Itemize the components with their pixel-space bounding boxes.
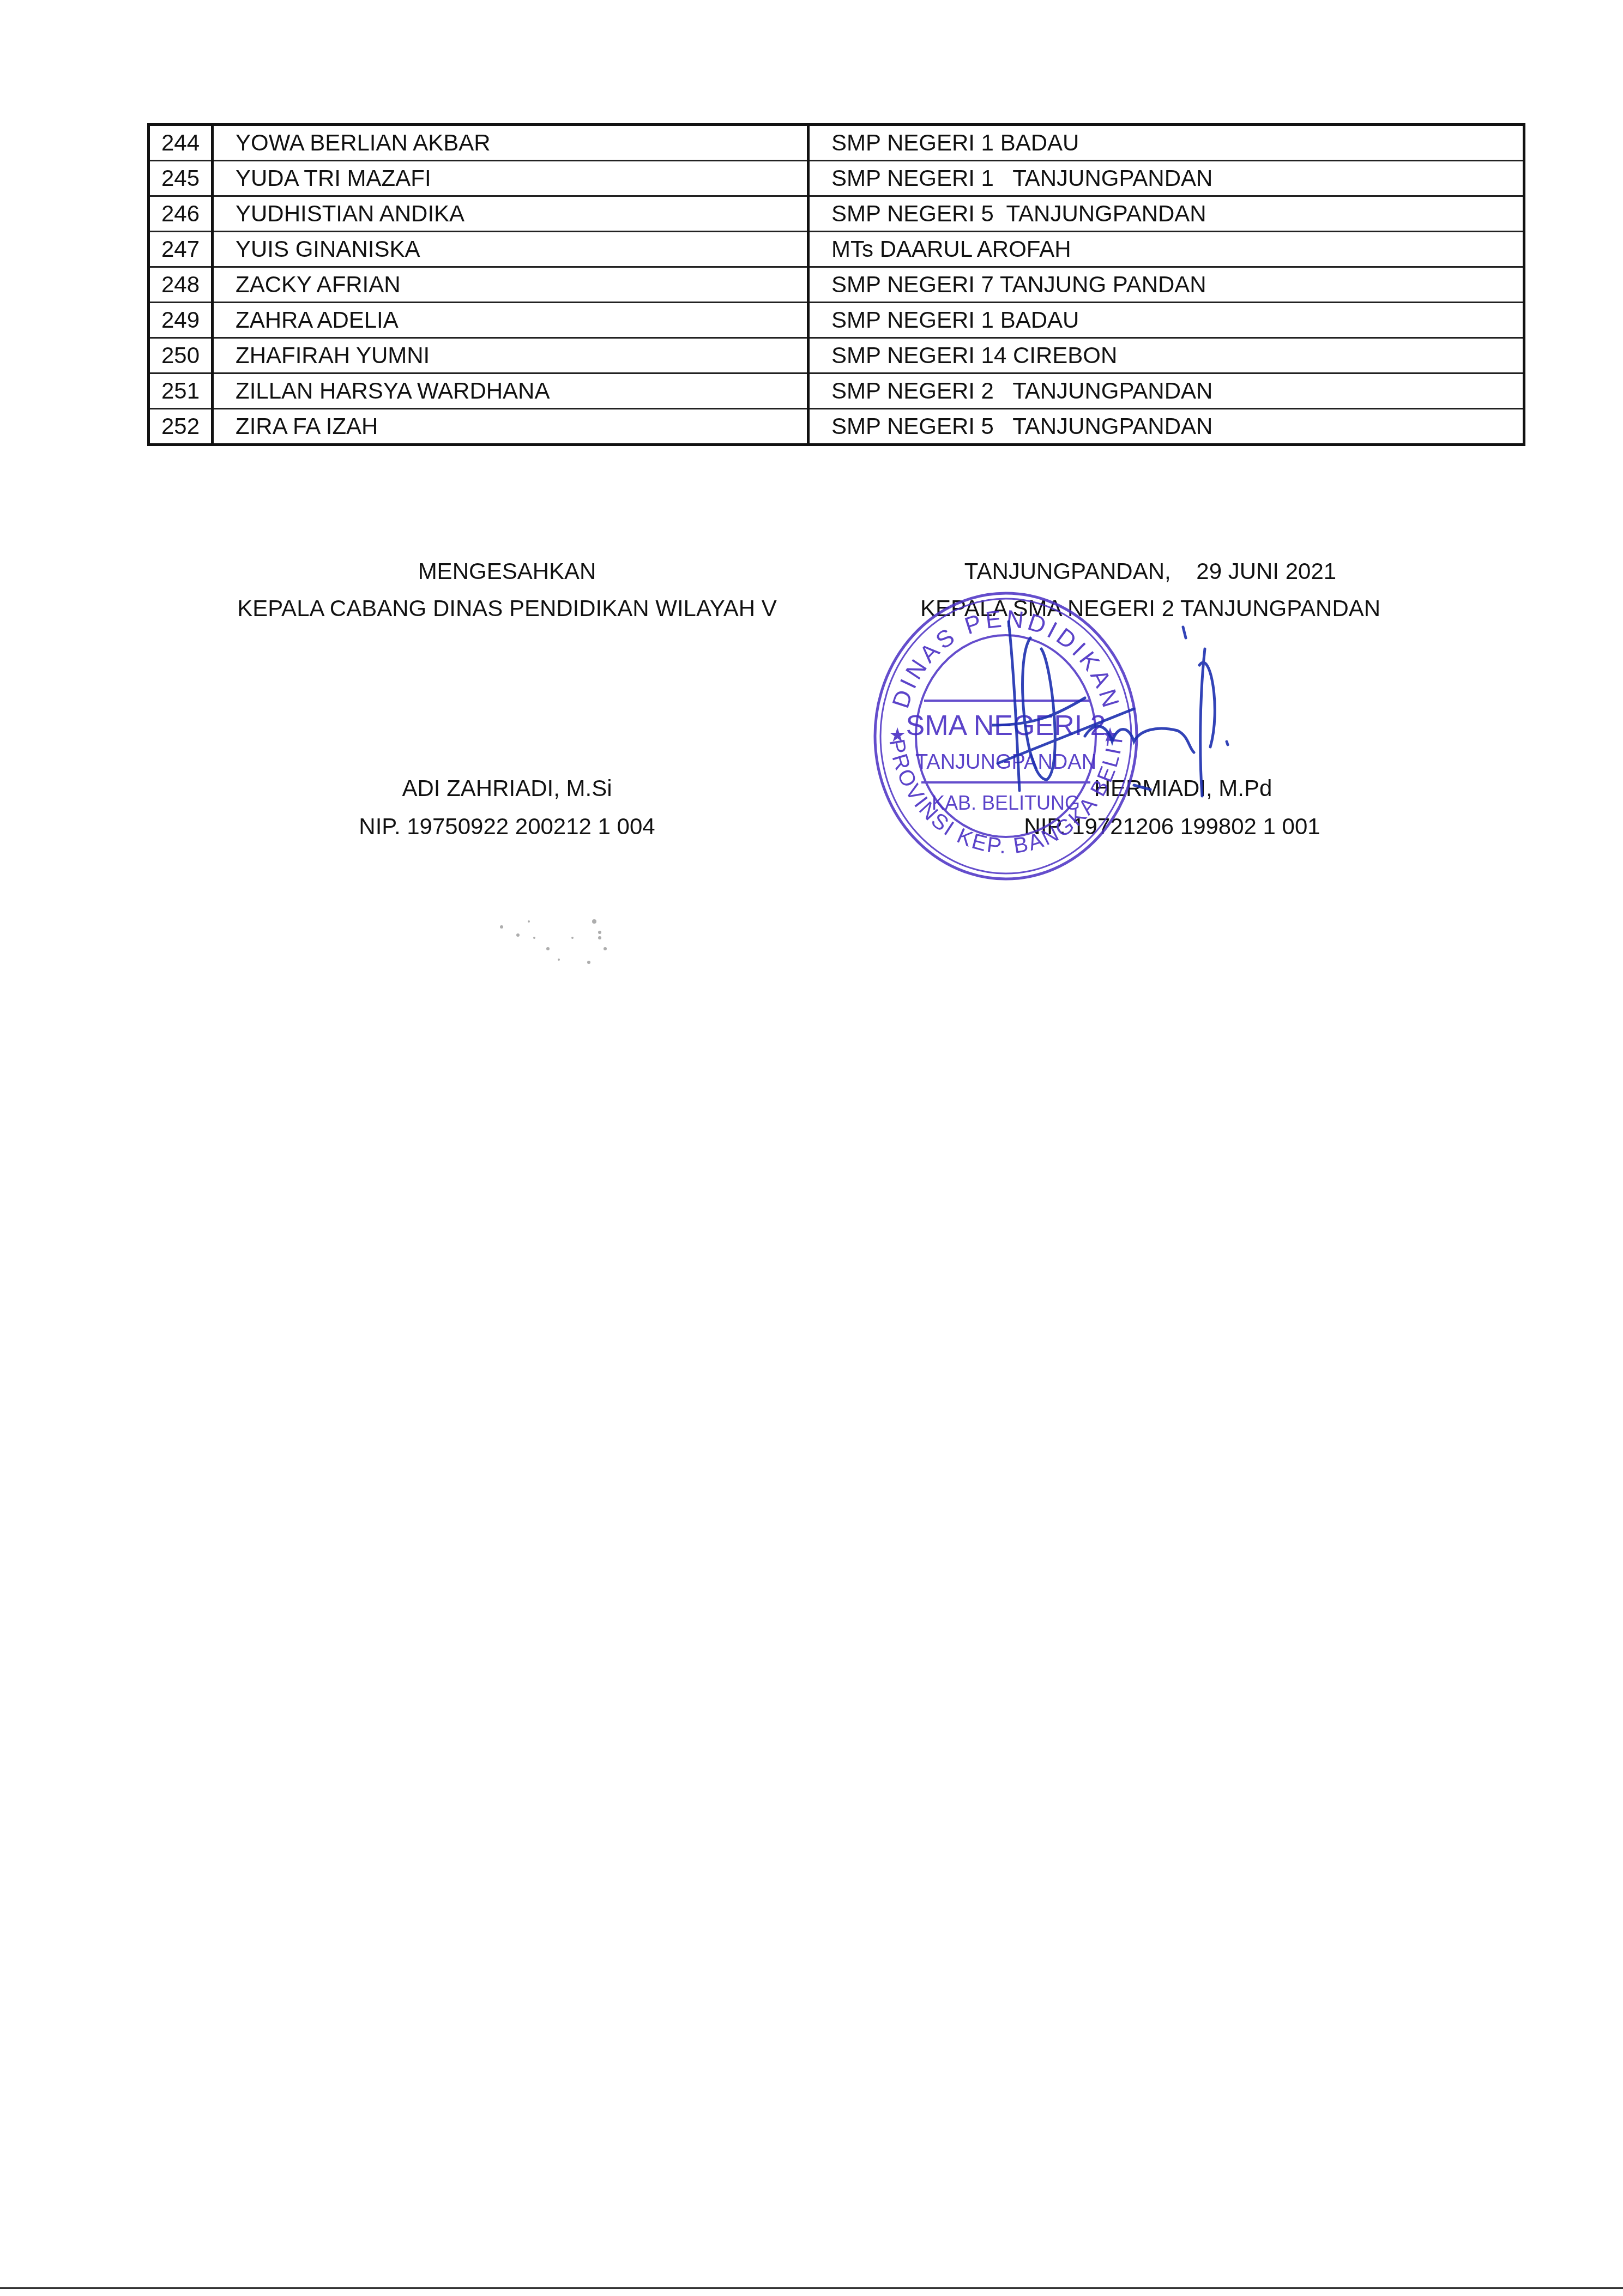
approver-nip: NIP. 19750922 200212 1 004 xyxy=(207,812,807,841)
table-row: 247 YUIS GINANISKA MTs DAARUL AROFAH xyxy=(149,232,1524,267)
school-name: MTs DAARUL AROFAH xyxy=(809,232,1524,267)
approver-name: ADI ZAHRIADI, M.Si xyxy=(207,774,807,803)
table-row: 244 YOWA BERLIAN AKBAR SMP NEGERI 1 BADA… xyxy=(149,125,1524,161)
row-number: 250 xyxy=(149,338,213,373)
student-name: YUDA TRI MAZAFI xyxy=(213,161,809,196)
svg-text:TANJUNGPANDAN: TANJUNGPANDAN xyxy=(915,751,1096,774)
student-name: ZAHRA ADELIA xyxy=(213,303,809,338)
table-row: 250 ZHAFIRAH YUMNI SMP NEGERI 14 CIREBON xyxy=(149,338,1524,373)
row-number: 251 xyxy=(149,373,213,409)
row-number: 245 xyxy=(149,161,213,196)
school-name: SMP NEGERI 5 TANJUNGPANDAN xyxy=(809,409,1524,445)
student-name: YUIS GINANISKA xyxy=(213,232,809,267)
student-name: ZIRA FA IZAH xyxy=(213,409,809,445)
table-row: 251 ZILLAN HARSYA WARDHANA SMP NEGERI 2 … xyxy=(149,373,1524,409)
signer-nip: NIP. 19721206 199802 1 001 xyxy=(883,812,1417,841)
svg-text:SMA NEGERI 2: SMA NEGERI 2 xyxy=(906,710,1106,742)
signer-title: KEPALA SMA NEGERI 2 TANJUNGPANDAN xyxy=(883,594,1417,623)
table-row: 245 YUDA TRI MAZAFI SMP NEGERI 1 TANJUNG… xyxy=(149,161,1524,196)
student-name: ZILLAN HARSYA WARDHANA xyxy=(213,373,809,409)
school-name: SMP NEGERI 1 TANJUNGPANDAN xyxy=(809,161,1524,196)
place-date: TANJUNGPANDAN, 29 JUNI 2021 xyxy=(883,557,1417,586)
row-number: 247 xyxy=(149,232,213,267)
row-number: 252 xyxy=(149,409,213,445)
svg-text:★: ★ xyxy=(889,724,906,746)
row-number: 249 xyxy=(149,303,213,338)
row-number: 246 xyxy=(149,196,213,232)
approval-heading: MENGESAHKAN xyxy=(207,557,807,586)
table-row: 249 ZAHRA ADELIA SMP NEGERI 1 BADAU xyxy=(149,303,1524,338)
student-name: ZACKY AFRIAN xyxy=(213,267,809,303)
school-name: SMP NEGERI 2 TANJUNGPANDAN xyxy=(809,373,1524,409)
school-name: SMP NEGERI 1 BADAU xyxy=(809,125,1524,161)
signer-name: HERMIADI, M.Pd xyxy=(883,774,1417,803)
school-name: SMP NEGERI 1 BADAU xyxy=(809,303,1524,338)
student-name: ZHAFIRAH YUMNI xyxy=(213,338,809,373)
school-name: SMP NEGERI 14 CIREBON xyxy=(809,338,1524,373)
svg-text:★: ★ xyxy=(1101,724,1119,746)
student-name: YUDHISTIAN ANDIKA xyxy=(213,196,809,232)
table-row: 246 YUDHISTIAN ANDIKA SMP NEGERI 5 TANJU… xyxy=(149,196,1524,232)
table-row: 252 ZIRA FA IZAH SMP NEGERI 5 TANJUNGPAN… xyxy=(149,409,1524,445)
student-list-table: 244 YOWA BERLIAN AKBAR SMP NEGERI 1 BADA… xyxy=(147,123,1525,446)
scan-edge-line xyxy=(0,2287,1623,2289)
row-number: 244 xyxy=(149,125,213,161)
scan-smudge xyxy=(496,905,616,981)
row-number: 248 xyxy=(149,267,213,303)
school-name: SMP NEGERI 5 TANJUNGPANDAN xyxy=(809,196,1524,232)
table-row: 248 ZACKY AFRIAN SMP NEGERI 7 TANJUNG PA… xyxy=(149,267,1524,303)
school-name: SMP NEGERI 7 TANJUNG PANDAN xyxy=(809,267,1524,303)
student-name: YOWA BERLIAN AKBAR xyxy=(213,125,809,161)
approver-title: KEPALA CABANG DINAS PENDIDIKAN WILAYAH V xyxy=(207,594,807,623)
